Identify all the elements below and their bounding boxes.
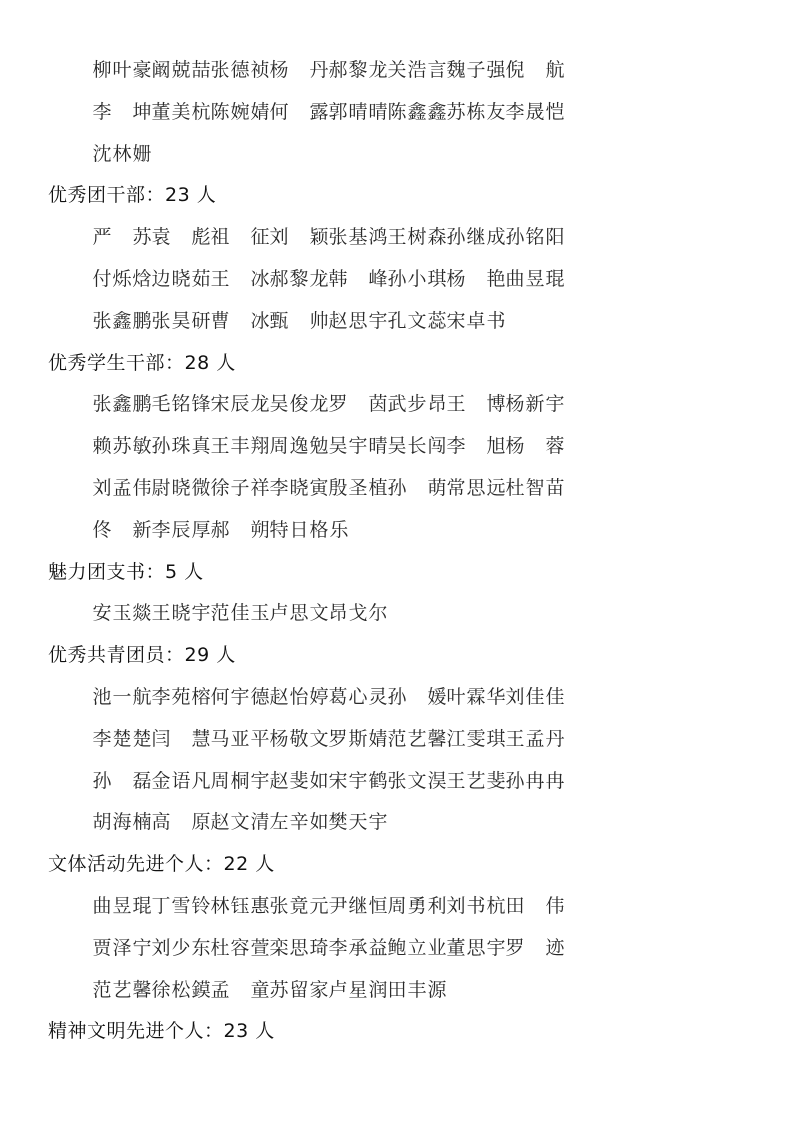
- person-name: 尉晓微: [151, 467, 210, 509]
- person-name: 张昊研: [151, 300, 210, 342]
- person-name: 沈林姗: [92, 133, 151, 175]
- person-name: 江雯琪: [446, 718, 505, 760]
- person-name: 佟新: [92, 509, 151, 551]
- person-name: 栾思琦: [269, 927, 328, 969]
- person-name: 魏子强: [446, 49, 505, 91]
- person-name: 丁雪铃: [151, 885, 210, 927]
- person-name: 孙冉冉: [505, 760, 564, 802]
- person-name: 池一航: [92, 676, 151, 718]
- person-name: 孙小琪: [387, 258, 446, 300]
- person-name: 柳叶豪: [92, 49, 151, 91]
- person-name: 王晓宇: [151, 592, 210, 634]
- person-name: 李坤: [92, 91, 151, 133]
- person-name: 刘孟伟: [92, 467, 151, 509]
- person-name: 袁彪: [151, 216, 210, 258]
- person-name: 苏留家: [269, 969, 328, 1011]
- person-name: 田伟: [505, 885, 564, 927]
- person-name: 范佳玉: [210, 592, 269, 634]
- person-name: 范艺馨: [387, 718, 446, 760]
- person-name: 卢思文: [269, 592, 328, 634]
- person-name: 张鑫鹏: [92, 383, 151, 425]
- person-name: 李苑榕: [151, 676, 210, 718]
- section-heading: 精神文明先进个人：23 人: [48, 1010, 275, 1052]
- person-name: 宋宇鹤: [328, 760, 387, 802]
- person-name: 赖苏敏: [92, 425, 151, 467]
- person-name: 刘少东: [151, 927, 210, 969]
- person-name: 马亚平: [210, 718, 269, 760]
- section-heading: 魅力团支书：5 人: [48, 551, 204, 593]
- person-name: 尹继恒: [328, 885, 387, 927]
- section-heading: 优秀共青团员：29 人: [48, 634, 236, 676]
- person-name: 孙铭阳: [505, 216, 564, 258]
- person-name: 李辰厚: [151, 509, 210, 551]
- person-name: 王冰: [210, 258, 269, 300]
- person-name: 卢星润: [328, 969, 387, 1011]
- person-name: 何宇德: [210, 676, 269, 718]
- person-name: 曹冰: [210, 300, 269, 342]
- person-name: 李楚楚: [92, 718, 151, 760]
- person-name: 刘佳佳: [505, 676, 564, 718]
- person-name: 金语凡: [151, 760, 210, 802]
- person-name: 赵文清: [210, 801, 269, 843]
- person-name: 吴俊龙: [269, 383, 328, 425]
- person-name: 林钰惠: [210, 885, 269, 927]
- person-name: 何露: [269, 91, 328, 133]
- person-name: 李旭: [446, 425, 505, 467]
- person-name: 杨蓉: [505, 425, 564, 467]
- person-name: 陈婉婧: [210, 91, 269, 133]
- person-name: 叶霖华: [446, 676, 505, 718]
- person-name: 李承益: [328, 927, 387, 969]
- person-name: 宋辰龙: [210, 383, 269, 425]
- person-name: 鲍立业: [387, 927, 446, 969]
- person-name: 张德祯: [210, 49, 269, 91]
- person-name: 孙媛: [387, 676, 446, 718]
- person-name: 苏栋友: [446, 91, 505, 133]
- person-name: 周逸勉: [269, 425, 328, 467]
- person-name: 韩峰: [328, 258, 387, 300]
- person-name: 王艺斐: [446, 760, 505, 802]
- person-name: 刘书杭: [446, 885, 505, 927]
- person-name: 杜智苗: [505, 467, 564, 509]
- person-name: 毛铭锋: [151, 383, 210, 425]
- person-name: 特日格乐: [269, 509, 328, 551]
- person-name: 李晓寅: [269, 467, 328, 509]
- person-name: 关浩言: [387, 49, 446, 91]
- person-name: 倪航: [505, 49, 564, 91]
- person-name: 张竟元: [269, 885, 328, 927]
- person-name: 郭晴晴: [328, 91, 387, 133]
- person-name: 常思远: [446, 467, 505, 509]
- person-name: 郝黎龙: [328, 49, 387, 91]
- person-name: 罗茵: [328, 383, 387, 425]
- person-name: 田丰源: [387, 969, 446, 1011]
- person-name: 孙继成: [446, 216, 505, 258]
- person-name: 左辛如: [269, 801, 328, 843]
- person-name: 武步昂: [387, 383, 446, 425]
- person-name: 杨敬文: [269, 718, 328, 760]
- person-name: 杨艳: [446, 258, 505, 300]
- person-name: 徐子祥: [210, 467, 269, 509]
- person-name: 王孟丹: [505, 718, 564, 760]
- person-name: 樊天宇: [328, 801, 387, 843]
- person-name: 张基鸿: [328, 216, 387, 258]
- person-name: 郝黎龙: [269, 258, 328, 300]
- person-name: 吴长闯: [387, 425, 446, 467]
- person-name: 周勇利: [387, 885, 446, 927]
- person-name: 杜容萱: [210, 927, 269, 969]
- person-name: 祖征: [210, 216, 269, 258]
- person-name: 范艺馨: [92, 969, 151, 1011]
- person-name: 赵怡婷: [269, 676, 328, 718]
- person-name: 曲昱琨: [92, 885, 151, 927]
- person-name: 罗斯婧: [328, 718, 387, 760]
- person-name: 甄帅: [269, 300, 328, 342]
- person-name: 张文淏: [387, 760, 446, 802]
- person-name: 赵斐如: [269, 760, 328, 802]
- person-name: 李晟恺: [505, 91, 564, 133]
- person-name: 王博: [446, 383, 505, 425]
- person-name: 胡海楠: [92, 801, 151, 843]
- person-name: 闫慧: [151, 718, 210, 760]
- person-name: 孙珠真: [151, 425, 210, 467]
- person-name: 杨丹: [269, 49, 328, 91]
- section-heading: 优秀学生干部：28 人: [48, 342, 236, 384]
- person-name: 高原: [151, 801, 210, 843]
- person-name: 杨新宇: [505, 383, 564, 425]
- person-name: 董思宇: [446, 927, 505, 969]
- person-name: 安玉燚: [92, 592, 151, 634]
- person-name: 严苏: [92, 216, 151, 258]
- person-name: 殷圣植: [328, 467, 387, 509]
- person-name: 葛心灵: [328, 676, 387, 718]
- person-name: 陈鑫鑫: [387, 91, 446, 133]
- person-name: 郝朔: [210, 509, 269, 551]
- person-name: 贾泽宁: [92, 927, 151, 969]
- person-name: 周桐宇: [210, 760, 269, 802]
- person-name: 孙萌: [387, 467, 446, 509]
- person-name: 孙磊: [92, 760, 151, 802]
- person-name: 王树森: [387, 216, 446, 258]
- person-name: 张鑫鹏: [92, 300, 151, 342]
- person-name: 罗迹: [505, 927, 564, 969]
- person-name: 孟童: [210, 969, 269, 1011]
- person-name: 徐松鏌: [151, 969, 210, 1011]
- document-page: 柳叶豪阚兢喆张德祯杨丹郝黎龙关浩言魏子强倪航李坤董美杭陈婉婧何露郭晴晴陈鑫鑫苏栋…: [0, 0, 799, 1131]
- person-name: 孔文蕊: [387, 300, 446, 342]
- person-name: 赵思宇: [328, 300, 387, 342]
- person-name: 昂戈尔: [328, 592, 387, 634]
- section-heading: 优秀团干部：23 人: [48, 174, 216, 216]
- person-name: 付烁焓: [92, 258, 151, 300]
- person-name: 边晓茹: [151, 258, 210, 300]
- section-heading: 文体活动先进个人：22 人: [48, 843, 275, 885]
- person-name: 宋卓书: [446, 300, 505, 342]
- person-name: 吴宇晴: [328, 425, 387, 467]
- person-name: 曲昱琨: [505, 258, 564, 300]
- person-name: 刘颖: [269, 216, 328, 258]
- person-name: 董美杭: [151, 91, 210, 133]
- person-name: 阚兢喆: [151, 49, 210, 91]
- person-name: 王丰翔: [210, 425, 269, 467]
